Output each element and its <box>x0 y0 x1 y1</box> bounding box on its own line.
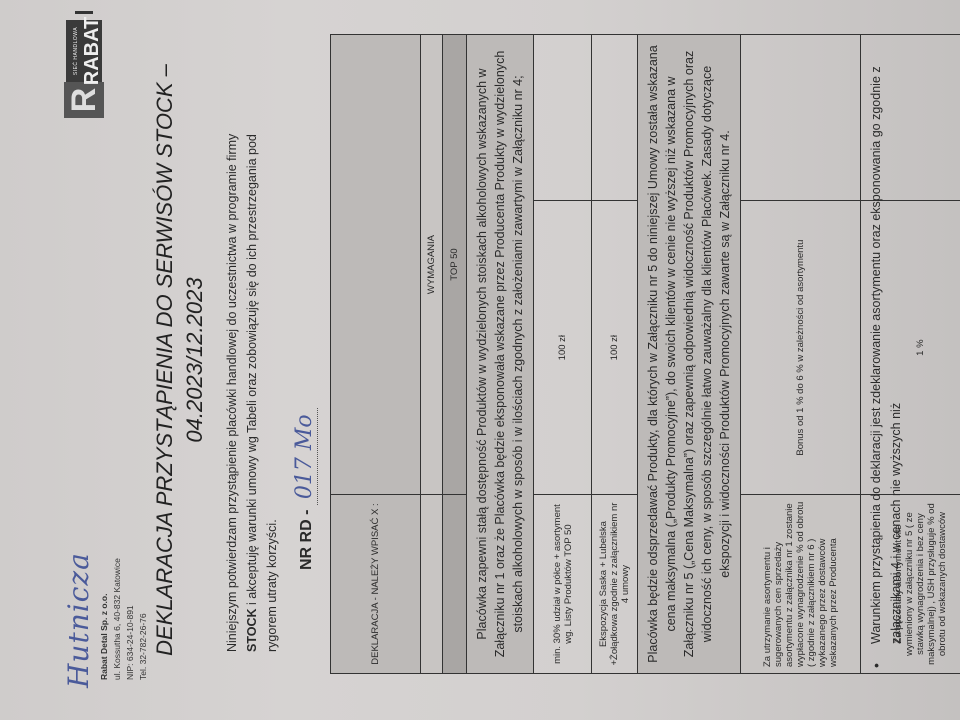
requirement-cell: Ekspozycja Saska + Lubelska +Żołądkowa z… <box>592 495 638 674</box>
title-line-2: 04.2023/12.2023 <box>180 0 210 720</box>
handwritten-note: Hutnicza <box>62 552 95 688</box>
declaration-blank <box>421 495 443 674</box>
declaration-checkbox-cell[interactable] <box>592 35 638 201</box>
reward-cell: 100 zł <box>592 201 638 495</box>
title-line-1: DEKLARACJA PRZYSTĄPIENIA DO SERWISÓW STO… <box>150 0 180 720</box>
table-row: min. 30% udział w półce + asortyment wg.… <box>534 35 592 674</box>
declaration-header: DEKLARACJA - NALEŻY WPISAĆ X : <box>331 495 421 674</box>
intro-brand: STOCK <box>245 608 259 652</box>
section-top50: TOP 50 <box>443 35 467 495</box>
reward-cell: Bonus od 1 % do 6 % w zależności od asor… <box>741 201 861 495</box>
requirements-header: WYMAGANIA <box>421 35 443 495</box>
requirement-cell: min. 30% udział w półce + asortyment wg.… <box>534 495 592 674</box>
nr-rd-handwritten-value: 017 Mo <box>292 408 318 505</box>
table-row: Ekspozycja Saska + Lubelska +Żołądkowa z… <box>592 35 638 674</box>
nr-rd-field: NR RD - 017 Mo <box>292 408 317 570</box>
footer-bullet-text: Warunkiem przystąpienia do deklaracji je… <box>866 48 906 644</box>
company-name: Rabat Detal Sp. z o.o. <box>98 558 111 680</box>
table-row: Za utrzymanie asortymentu i sugerowanych… <box>741 35 861 674</box>
company-phone: Tel. 32-782-26-76 <box>137 558 150 680</box>
company-address-block: Rabat Detal Sp. z o.o. ul. Kossutha 6, 4… <box>98 558 150 680</box>
reward-cell: 100 zł <box>534 201 592 495</box>
logo-bar <box>75 11 93 14</box>
declaration-checkbox-cell[interactable] <box>741 35 861 201</box>
bullet-icon: • <box>866 644 906 668</box>
requirements-header-blank <box>331 35 421 495</box>
nr-rd-label: NR RD - <box>298 510 315 570</box>
intro-text-2: i akceptuję warunki umowy wg Tabeli oraz… <box>245 134 279 652</box>
rabat-logo: R SIEĆ HANDLOWA RABAT <box>62 8 106 118</box>
logo-wordmark: SIEĆ HANDLOWA RABAT <box>66 20 102 82</box>
declaration-checkbox-cell[interactable] <box>534 35 592 201</box>
section-blank <box>443 495 467 674</box>
logo-mark-icon: R <box>64 82 104 118</box>
top50-description: Placówka zapewni stałą dostępność Produk… <box>467 35 534 674</box>
requirement-cell: Za utrzymanie asortymentu i sugerowanych… <box>741 495 861 674</box>
document-page: Hutnicza Rabat Detal Sp. z o.o. ul. Koss… <box>0 0 960 720</box>
intro-paragraph: Niniejszym potwierdzam przystąpienie pla… <box>222 92 282 652</box>
document-title: DEKLARACJA PRZYSTĄPIENIA DO SERWISÓW STO… <box>150 0 210 720</box>
company-address: ul. Kossutha 6, 40-832 Katowice <box>111 558 124 680</box>
intro-text-1: Niniejszym potwierdzam przystąpienie pla… <box>225 134 239 652</box>
company-nip: NIP: 634-24-10-891 <box>124 558 137 680</box>
promo-description: Placówka będzie odsprzedawać Produkty, d… <box>638 35 741 674</box>
logo-word: RABAT <box>84 17 100 86</box>
footer-bullet: • Warunkiem przystąpienia do deklaracji … <box>866 48 906 668</box>
